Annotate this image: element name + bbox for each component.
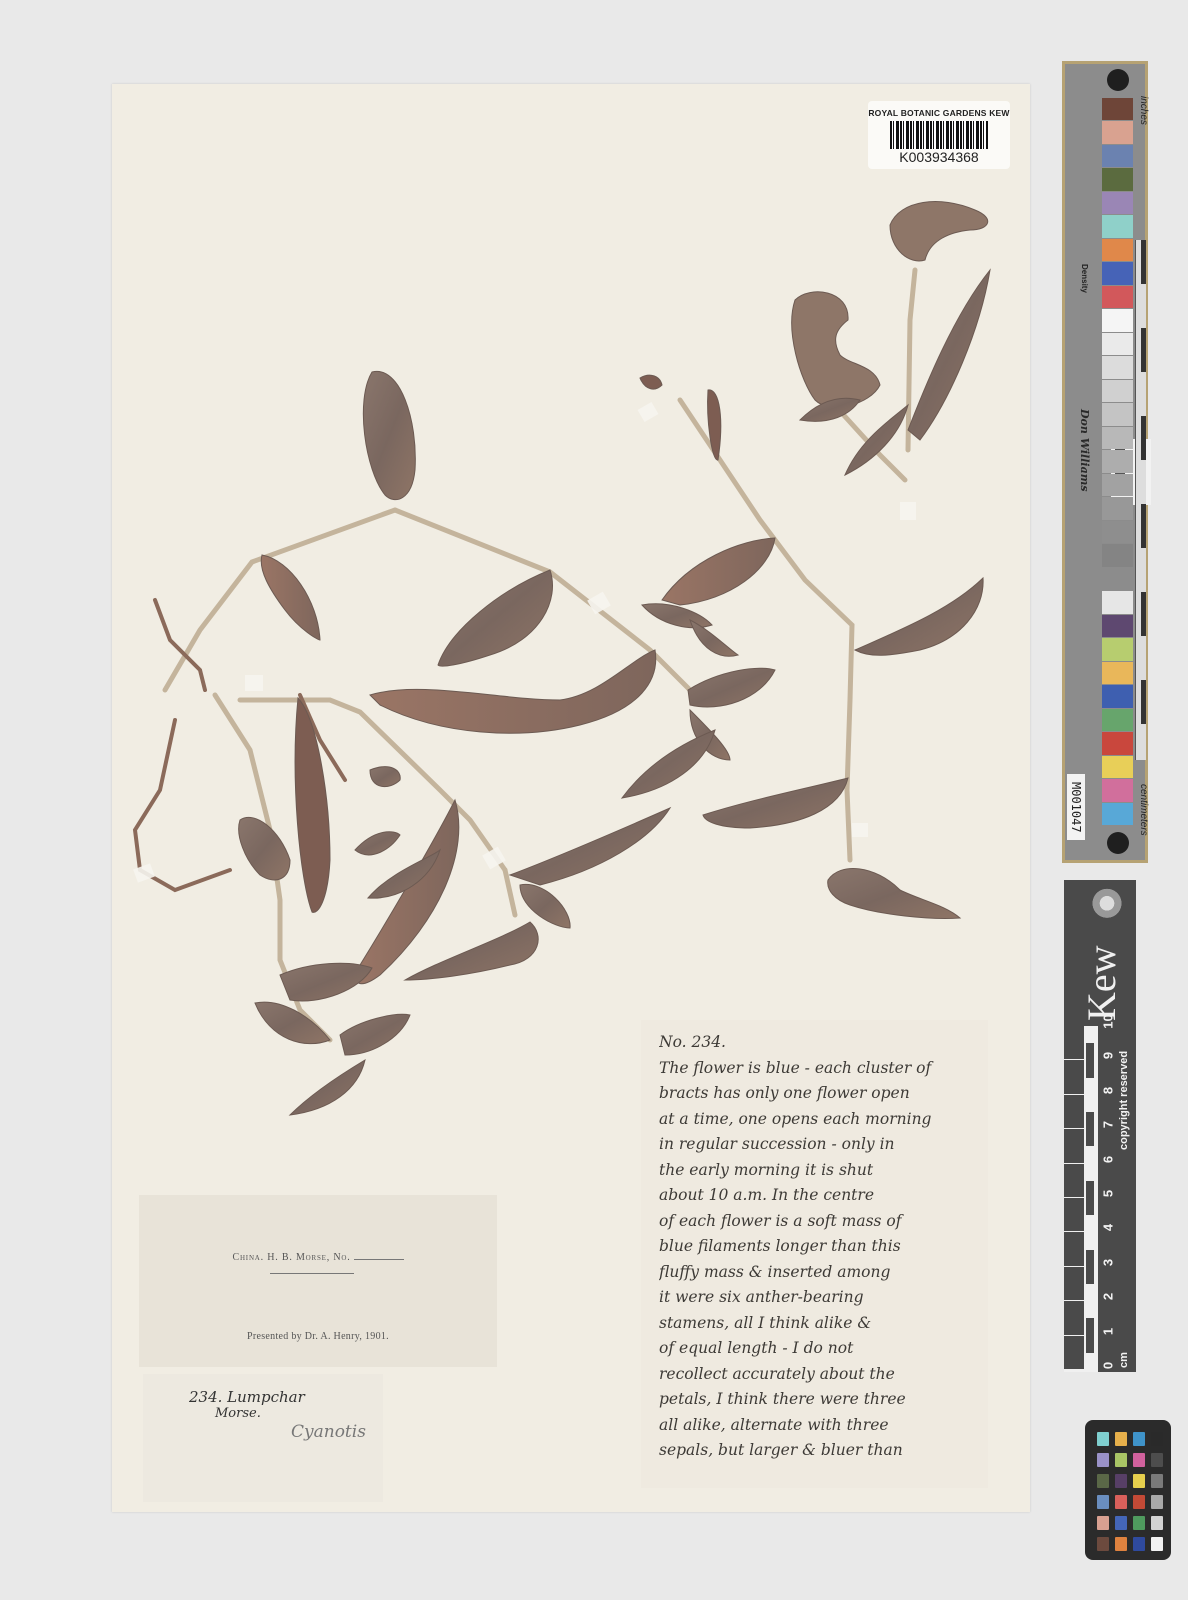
color-calibration-bar: inches Density Don Williams M001047 cent… [1062, 61, 1148, 863]
scale-number: 7 [1101, 1117, 1116, 1133]
color-swatch [1102, 309, 1133, 331]
checker-patch [1097, 1474, 1109, 1488]
scale-segment [1064, 1060, 1084, 1094]
color-swatch [1102, 709, 1133, 731]
scale-half-segment [1086, 1112, 1094, 1146]
scale-segment [1064, 1267, 1084, 1301]
checker-patch [1097, 1516, 1109, 1530]
color-swatch [1102, 732, 1133, 754]
note-line: blue filaments longer than this [659, 1234, 982, 1260]
scale-half-segment [1086, 1181, 1094, 1215]
inches-label: inches [1135, 96, 1149, 146]
color-swatch [1102, 380, 1133, 402]
checker-patch [1097, 1495, 1109, 1509]
checker-patch [1151, 1474, 1163, 1488]
note-line: it were six anther-bearing [659, 1285, 982, 1311]
checker-patch [1151, 1495, 1163, 1509]
field-note: No. 234. The flower is blue - each clust… [641, 1020, 988, 1488]
scale-half-segment [1086, 1043, 1094, 1077]
ruler-block [1141, 592, 1146, 636]
ruler-block [1141, 416, 1146, 460]
scale-segment [1064, 1026, 1084, 1060]
color-swatch [1102, 521, 1133, 543]
determination-line-1: 234. Lumpchar [189, 1388, 305, 1406]
color-swatch [1102, 121, 1133, 143]
color-swatch [1102, 779, 1133, 801]
density-label: Density [1073, 264, 1089, 314]
scale-number: 1 [1101, 1323, 1116, 1339]
color-swatch [1102, 591, 1133, 613]
checker-patch [1133, 1495, 1145, 1509]
scale-number: 5 [1101, 1186, 1116, 1202]
color-swatch [1102, 145, 1133, 167]
determination-line-2: Morse. [215, 1406, 261, 1421]
barcode-number: K003934368 [868, 149, 1010, 165]
color-swatch [1102, 756, 1133, 778]
number-blank [354, 1259, 404, 1260]
determination-slip: 234. Lumpchar Morse. Cyanotis [143, 1374, 383, 1502]
scale-segment [1064, 1301, 1084, 1335]
scale-number: 2 [1101, 1289, 1116, 1305]
ruler-block [1141, 328, 1146, 372]
note-line: of equal length - I do not [659, 1336, 982, 1362]
scale-number: 0 [1101, 1358, 1116, 1374]
note-line: No. 234. [659, 1030, 982, 1056]
cm-scale [1064, 1026, 1098, 1372]
color-swatch [1102, 474, 1133, 496]
note-line: all alike, alternate with three [659, 1413, 982, 1439]
barcode-label: ROYAL BOTANIC GARDENS KEW K003934368 [868, 101, 1010, 169]
scale-number: 4 [1101, 1220, 1116, 1236]
cm-unit-label: cm [1118, 1338, 1134, 1368]
note-line: stamens, all I think alike & [659, 1311, 982, 1337]
checker-patch [1133, 1516, 1145, 1530]
scale-number: 10 [1101, 1014, 1116, 1030]
checker-patch [1115, 1432, 1127, 1446]
checker-patch [1133, 1453, 1145, 1467]
note-line: petals, I think there were three [659, 1387, 982, 1413]
scale-number: 8 [1101, 1082, 1116, 1098]
color-swatch [1102, 262, 1133, 284]
checker-patch [1151, 1432, 1163, 1446]
kew-crest-icon [1092, 888, 1122, 922]
scale-number: 3 [1101, 1254, 1116, 1270]
ruler-block [1141, 680, 1146, 724]
scale-number: 6 [1101, 1151, 1116, 1167]
color-swatch [1102, 168, 1133, 190]
checker-patch [1133, 1432, 1145, 1446]
checker-patch [1115, 1474, 1127, 1488]
note-line: at a time, one opens each morning [659, 1107, 982, 1133]
note-line: about 10 a.m. In the centre [659, 1183, 982, 1209]
institution-name: ROYAL BOTANIC GARDENS KEW [868, 108, 1010, 118]
checker-patch [1115, 1537, 1127, 1551]
scale-segment [1064, 1336, 1084, 1370]
note-line: of each flower is a soft mass of [659, 1209, 982, 1235]
scale-number: 9 [1101, 1048, 1116, 1064]
checker-patch [1151, 1516, 1163, 1530]
inch-ruler [1135, 240, 1146, 760]
barcode-icon [890, 121, 988, 149]
checker-patch [1115, 1516, 1127, 1530]
note-line: The flower is blue - each cluster of [659, 1056, 982, 1082]
color-swatch [1102, 638, 1133, 660]
scale-segment [1064, 1129, 1084, 1163]
presented-line: Presented by Dr. A. Henry, 1901. [139, 1331, 497, 1342]
scale-segment [1064, 1232, 1084, 1266]
color-swatch [1102, 286, 1133, 308]
color-swatch [1102, 239, 1133, 261]
note-line: in regular succession - only in [659, 1132, 982, 1158]
color-swatch [1102, 215, 1133, 237]
cm-numbers: 012345678910 [1100, 1026, 1116, 1372]
checker-patch [1097, 1432, 1109, 1446]
note-line: bracts has only one flower open [659, 1081, 982, 1107]
scale-half-segment [1086, 1250, 1094, 1284]
chart-code: M001047 [1067, 774, 1085, 840]
checker-patch [1097, 1453, 1109, 1467]
registration-dot-icon [1107, 832, 1129, 854]
color-swatch [1102, 333, 1133, 355]
color-swatch [1102, 662, 1133, 684]
color-swatch [1102, 544, 1133, 566]
color-swatch [1102, 615, 1133, 637]
color-checker-card [1085, 1420, 1171, 1560]
scale-segment [1064, 1198, 1084, 1232]
scale-segment [1064, 1095, 1084, 1129]
color-swatch [1102, 192, 1133, 214]
color-swatch [1102, 98, 1133, 120]
color-swatch [1102, 803, 1133, 825]
note-line: fluffy mass & inserted among [659, 1260, 982, 1286]
brand-label: Don Williams [1071, 409, 1091, 519]
color-swatch [1102, 427, 1133, 449]
checker-patch [1115, 1453, 1127, 1467]
copyright-text: copyright reserved [1118, 1030, 1134, 1170]
note-line: the early morning it is shut [659, 1158, 982, 1184]
color-swatch [1102, 356, 1133, 378]
ruler-block [1141, 240, 1146, 284]
centimeters-label: centimeters [1135, 784, 1149, 864]
checker-patch [1115, 1495, 1127, 1509]
color-swatch [1102, 685, 1133, 707]
collection-line: China. H. B. Morse, No. [139, 1252, 497, 1263]
note-line: sepals, but larger & bluer than [659, 1438, 982, 1464]
determination-genus: Cyanotis [291, 1422, 366, 1442]
label-rule [270, 1273, 354, 1274]
kew-scale-bar: Kew 012345678910 copyright reserved cm [1064, 880, 1136, 1372]
note-line: recollect accurately about the [659, 1362, 982, 1388]
checker-patch [1151, 1537, 1163, 1551]
ruler-block [1141, 504, 1146, 548]
color-swatch [1102, 403, 1133, 425]
collection-label: China. H. B. Morse, No. Presented by Dr.… [139, 1195, 497, 1367]
checker-patch [1133, 1537, 1145, 1551]
checker-patch [1151, 1453, 1163, 1467]
registration-dot-icon [1107, 69, 1129, 91]
checker-patch [1097, 1537, 1109, 1551]
scale-segment [1064, 1164, 1084, 1198]
checker-patch [1133, 1474, 1145, 1488]
scale-half-segment [1086, 1318, 1094, 1352]
color-swatch [1102, 450, 1133, 472]
color-swatch [1102, 497, 1133, 519]
